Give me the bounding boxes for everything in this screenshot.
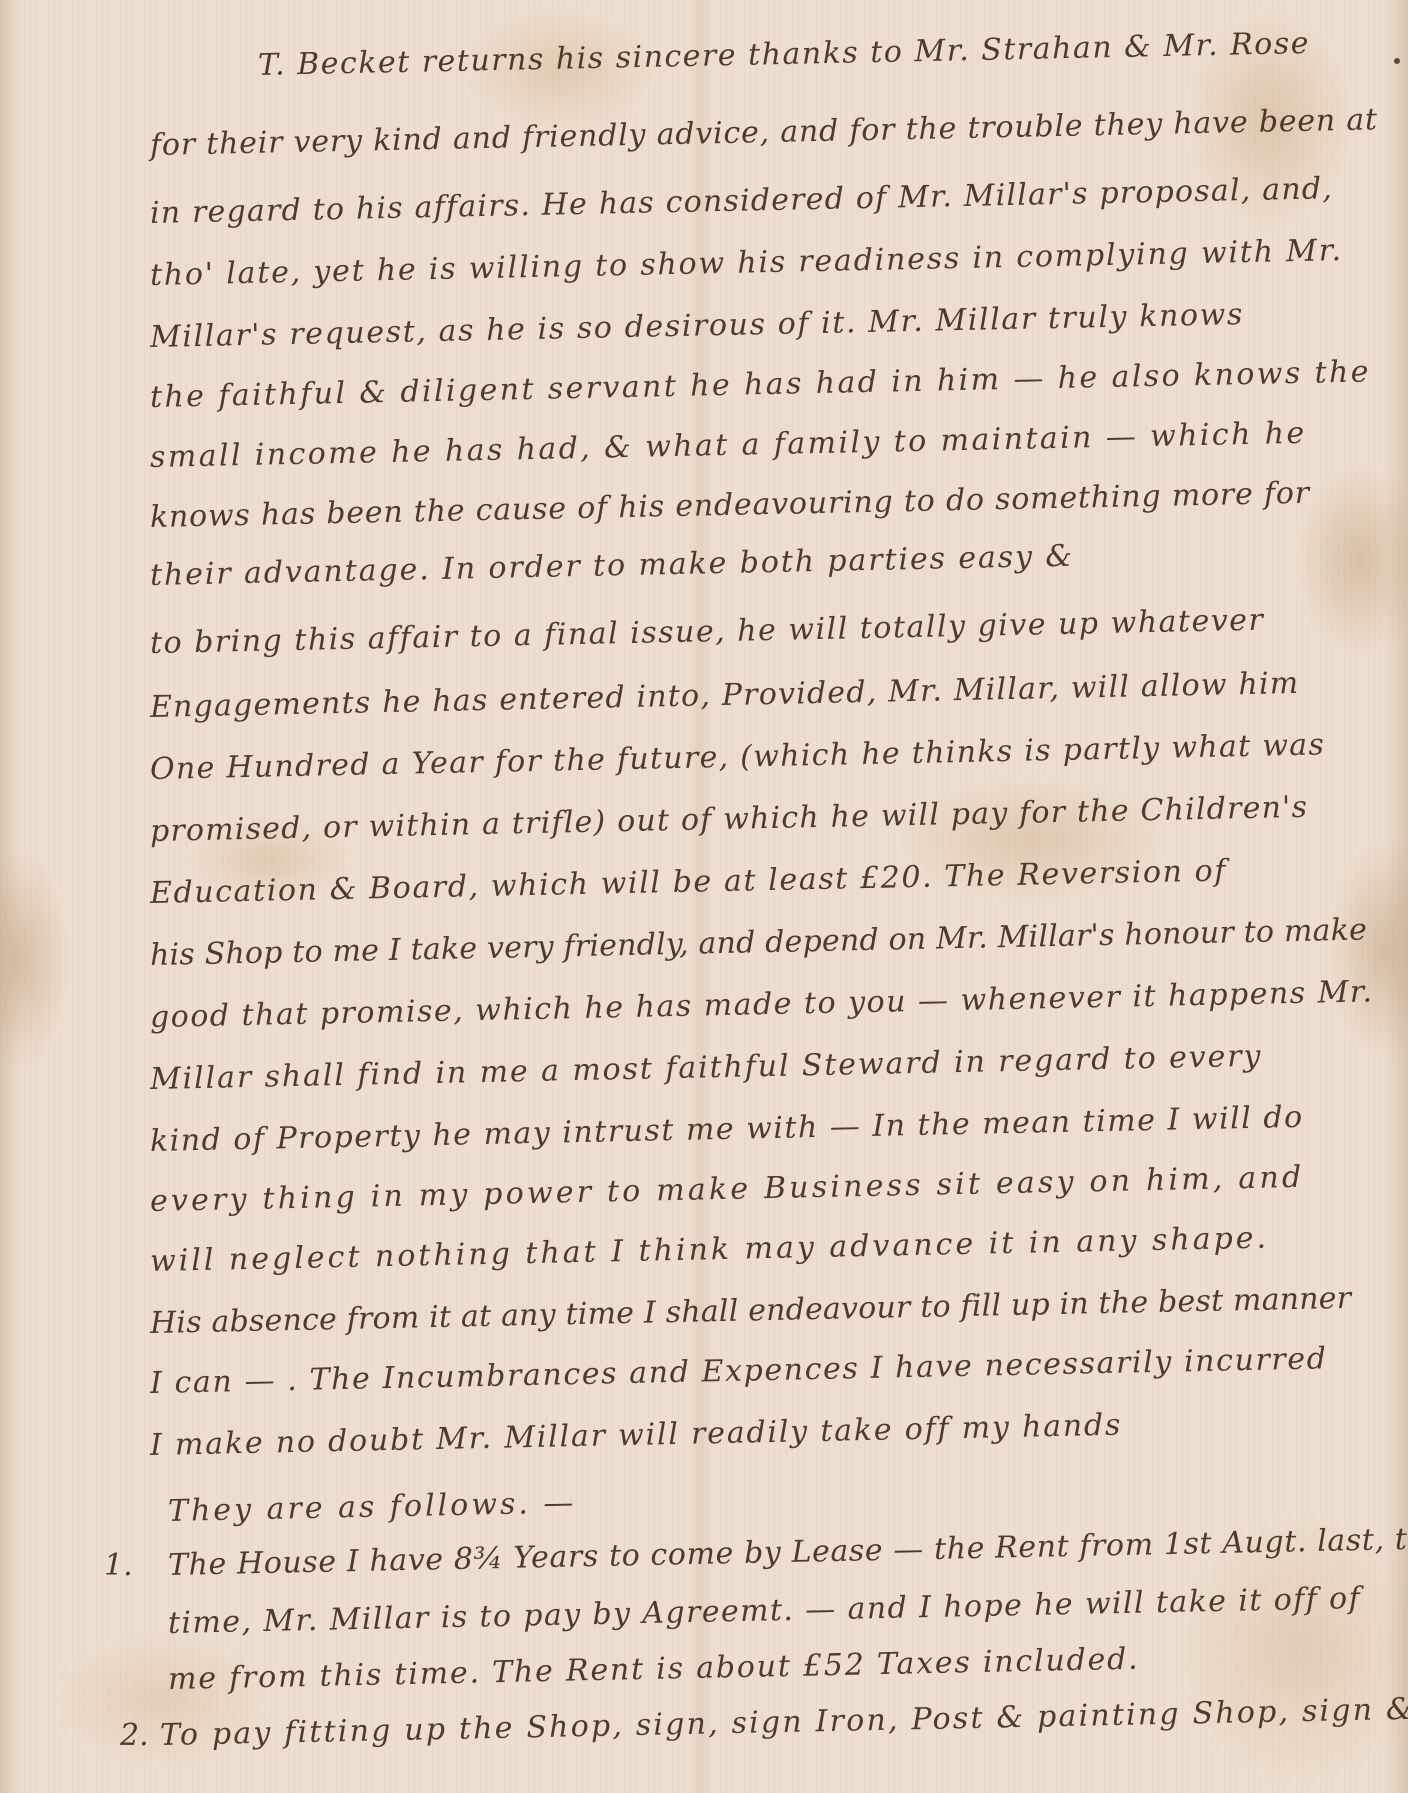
item-number: 1. — [104, 1548, 133, 1583]
item-number: 2. — [120, 1718, 149, 1753]
letter-line: for their very kind and friendly advice,… — [150, 102, 1379, 163]
letter-line: in regard to his affairs. He has conside… — [150, 171, 1334, 231]
letter-line: Millar's request, as he is so desirous o… — [150, 297, 1245, 355]
letter-line: One Hundred a Year for the future, (whic… — [150, 727, 1326, 787]
item-line: The House I have 8¾ Years to come by Lea… — [168, 1520, 1408, 1583]
letter-line: I make no doubt Mr. Millar will readily … — [150, 1408, 1123, 1463]
item-line: To pay fitting up the Shop, sign, sign I… — [160, 1691, 1408, 1753]
item-line: me from this time. The Rent is about £52… — [168, 1642, 1140, 1697]
letter-line: They are as follows. — — [168, 1485, 577, 1529]
letter-line: his Shop to me I take very friendly, and… — [150, 913, 1368, 973]
item-line: time, Mr. Millar is to pay by Agreemt. —… — [168, 1581, 1362, 1641]
letter-line: every thing in my power to make Business… — [150, 1160, 1305, 1219]
letter-line: tho' late, yet he is willing to show his… — [150, 233, 1344, 293]
letter-line: small income he has had, & what a family… — [150, 416, 1307, 475]
letter-line: Education & Board, which will be at leas… — [150, 853, 1228, 911]
letter-line: Engagements he has entered into, Provide… — [150, 666, 1300, 725]
letter-line: will neglect nothing that I think may ad… — [150, 1221, 1270, 1279]
ink-spot — [1394, 58, 1400, 64]
letter-page: T. Becket returns his sincere thanks to … — [0, 0, 1408, 1793]
letter-line: to bring this affair to a final issue, h… — [150, 603, 1265, 661]
letter-line: I can — . The Incumbrances and Expences … — [150, 1341, 1328, 1401]
letter-line: Millar shall find in me a most faithful … — [150, 1039, 1263, 1097]
letter-line: T. Becket returns his sincere thanks to … — [258, 26, 1311, 83]
letter-line: good that promise, which he has made to … — [150, 974, 1374, 1035]
letter-line: their advantage. In order to make both p… — [150, 539, 1075, 593]
letter-line: promised, or within a trifle) out of whi… — [150, 790, 1309, 849]
letter-line: the faithful & diligent servant he has h… — [150, 354, 1372, 415]
letter-line: His absence from it at any time I shall … — [150, 1281, 1352, 1341]
letter-line: kind of Property he may intrust me with … — [150, 1100, 1304, 1159]
letter-line: knows has been the cause of his endeavou… — [150, 476, 1311, 535]
